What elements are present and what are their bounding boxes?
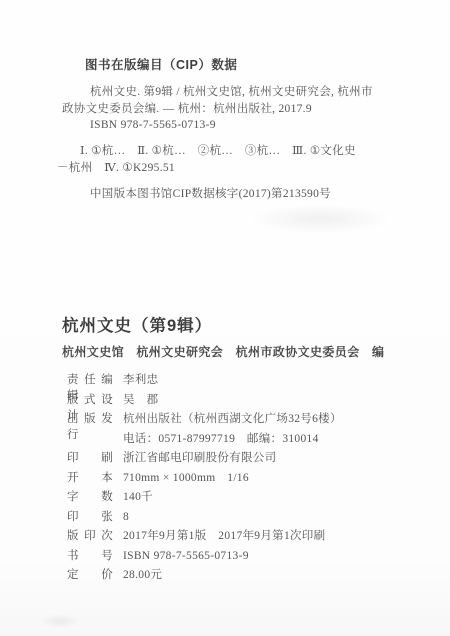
cip-description-line: 杭州文史. 第9辑 / 杭州文史馆, 杭州文史研究会, 杭州市 xyxy=(90,84,420,101)
colophon-value: 电话：0571-87997719 邮编：310014 xyxy=(123,430,319,446)
colophon-label: 定价 xyxy=(67,566,113,582)
scan-artifact xyxy=(250,205,390,233)
scan-artifact xyxy=(40,614,80,628)
cip-heading: 图书在版编目（CIP）数据 xyxy=(85,57,420,73)
colophon-row: 电话：0571-87997719 邮编：310014 xyxy=(67,430,430,450)
colophon-row: 出版发行 杭州出版社（杭州西湖文化广场32号6楼） xyxy=(67,410,430,430)
colophon-row: 印张 8 xyxy=(67,508,430,528)
book-editors: 杭州文史馆 杭州文史研究会 杭州市政协文史委员会 编 xyxy=(62,345,420,360)
cip-record-number: 中国版本图书馆CIP数据核字(2017)第213590号 xyxy=(90,186,420,203)
colophon-value: 吴 郡 xyxy=(123,391,158,407)
colophon-value: 杭州出版社（杭州西湖文化广场32号6楼） xyxy=(123,410,342,426)
cip-classification-line: －杭州 Ⅳ. ①K295.51 xyxy=(57,160,420,177)
colophon-row: 责任编辑 李利忠 xyxy=(67,371,430,391)
colophon-label: 字数 xyxy=(67,488,113,504)
colophon-label: 版印次 xyxy=(67,527,113,543)
colophon-value: 28.00元 xyxy=(123,566,162,582)
title-section: 杭州文史（第9辑） 杭州文史馆 杭州文史研究会 杭州市政协文史委员会 编 xyxy=(62,315,420,360)
colophon-value: 710mm × 1000mm 1/16 xyxy=(123,469,249,485)
colophon-label: 印张 xyxy=(67,508,113,524)
colophon-value: 8 xyxy=(123,511,129,523)
book-copyright-page: 图书在版编目（CIP）数据 杭州文史. 第9辑 / 杭州文史馆, 杭州文史研究会… xyxy=(0,0,450,636)
colophon-value: 2017年9月第1版 2017年9月第1次印刷 xyxy=(123,527,325,543)
cip-classification-line: Ⅰ. ①杭… Ⅱ. ①杭… ②杭… ③杭… Ⅲ. ①文化史 xyxy=(80,143,420,160)
colophon-row: 印刷 浙江省邮电印刷股份有限公司 xyxy=(67,449,430,469)
colophon-value: ISBN 978-7-5565-0713-9 xyxy=(123,550,249,562)
colophon-row: 定价 28.00元 xyxy=(67,566,430,586)
colophon-row: 字数 140千 xyxy=(67,488,430,508)
book-title: 杭州文史（第9辑） xyxy=(62,315,420,337)
colophon-section: 责任编辑 李利忠 版式设计 吴 郡 出版发行 杭州出版社（杭州西湖文化广场32号… xyxy=(67,371,430,586)
colophon-value: 李利忠 xyxy=(123,371,158,387)
colophon-row: 版印次 2017年9月第1版 2017年9月第1次印刷 xyxy=(67,527,430,547)
cip-isbn-line: ISBN 978-7-5565-0713-9 xyxy=(90,117,420,134)
colophon-label: 书号 xyxy=(67,547,113,563)
colophon-label: 印刷 xyxy=(67,449,113,465)
colophon-value: 140千 xyxy=(123,488,153,504)
colophon-row: 开本 710mm × 1000mm 1/16 xyxy=(67,469,430,489)
colophon-row: 版式设计 吴 郡 xyxy=(67,391,430,411)
colophon-label: 出版发行 xyxy=(67,410,113,442)
colophon-label: 开本 xyxy=(67,469,113,485)
cip-data-section: 图书在版编目（CIP）数据 杭州文史. 第9辑 / 杭州文史馆, 杭州文史研究会… xyxy=(62,57,420,202)
cip-description-line: 政协文史委员会编. — 杭州：杭州出版社, 2017.9 xyxy=(62,101,420,118)
colophon-value: 浙江省邮电印刷股份有限公司 xyxy=(123,449,276,465)
colophon-row: 书号 ISBN 978-7-5565-0713-9 xyxy=(67,547,430,567)
